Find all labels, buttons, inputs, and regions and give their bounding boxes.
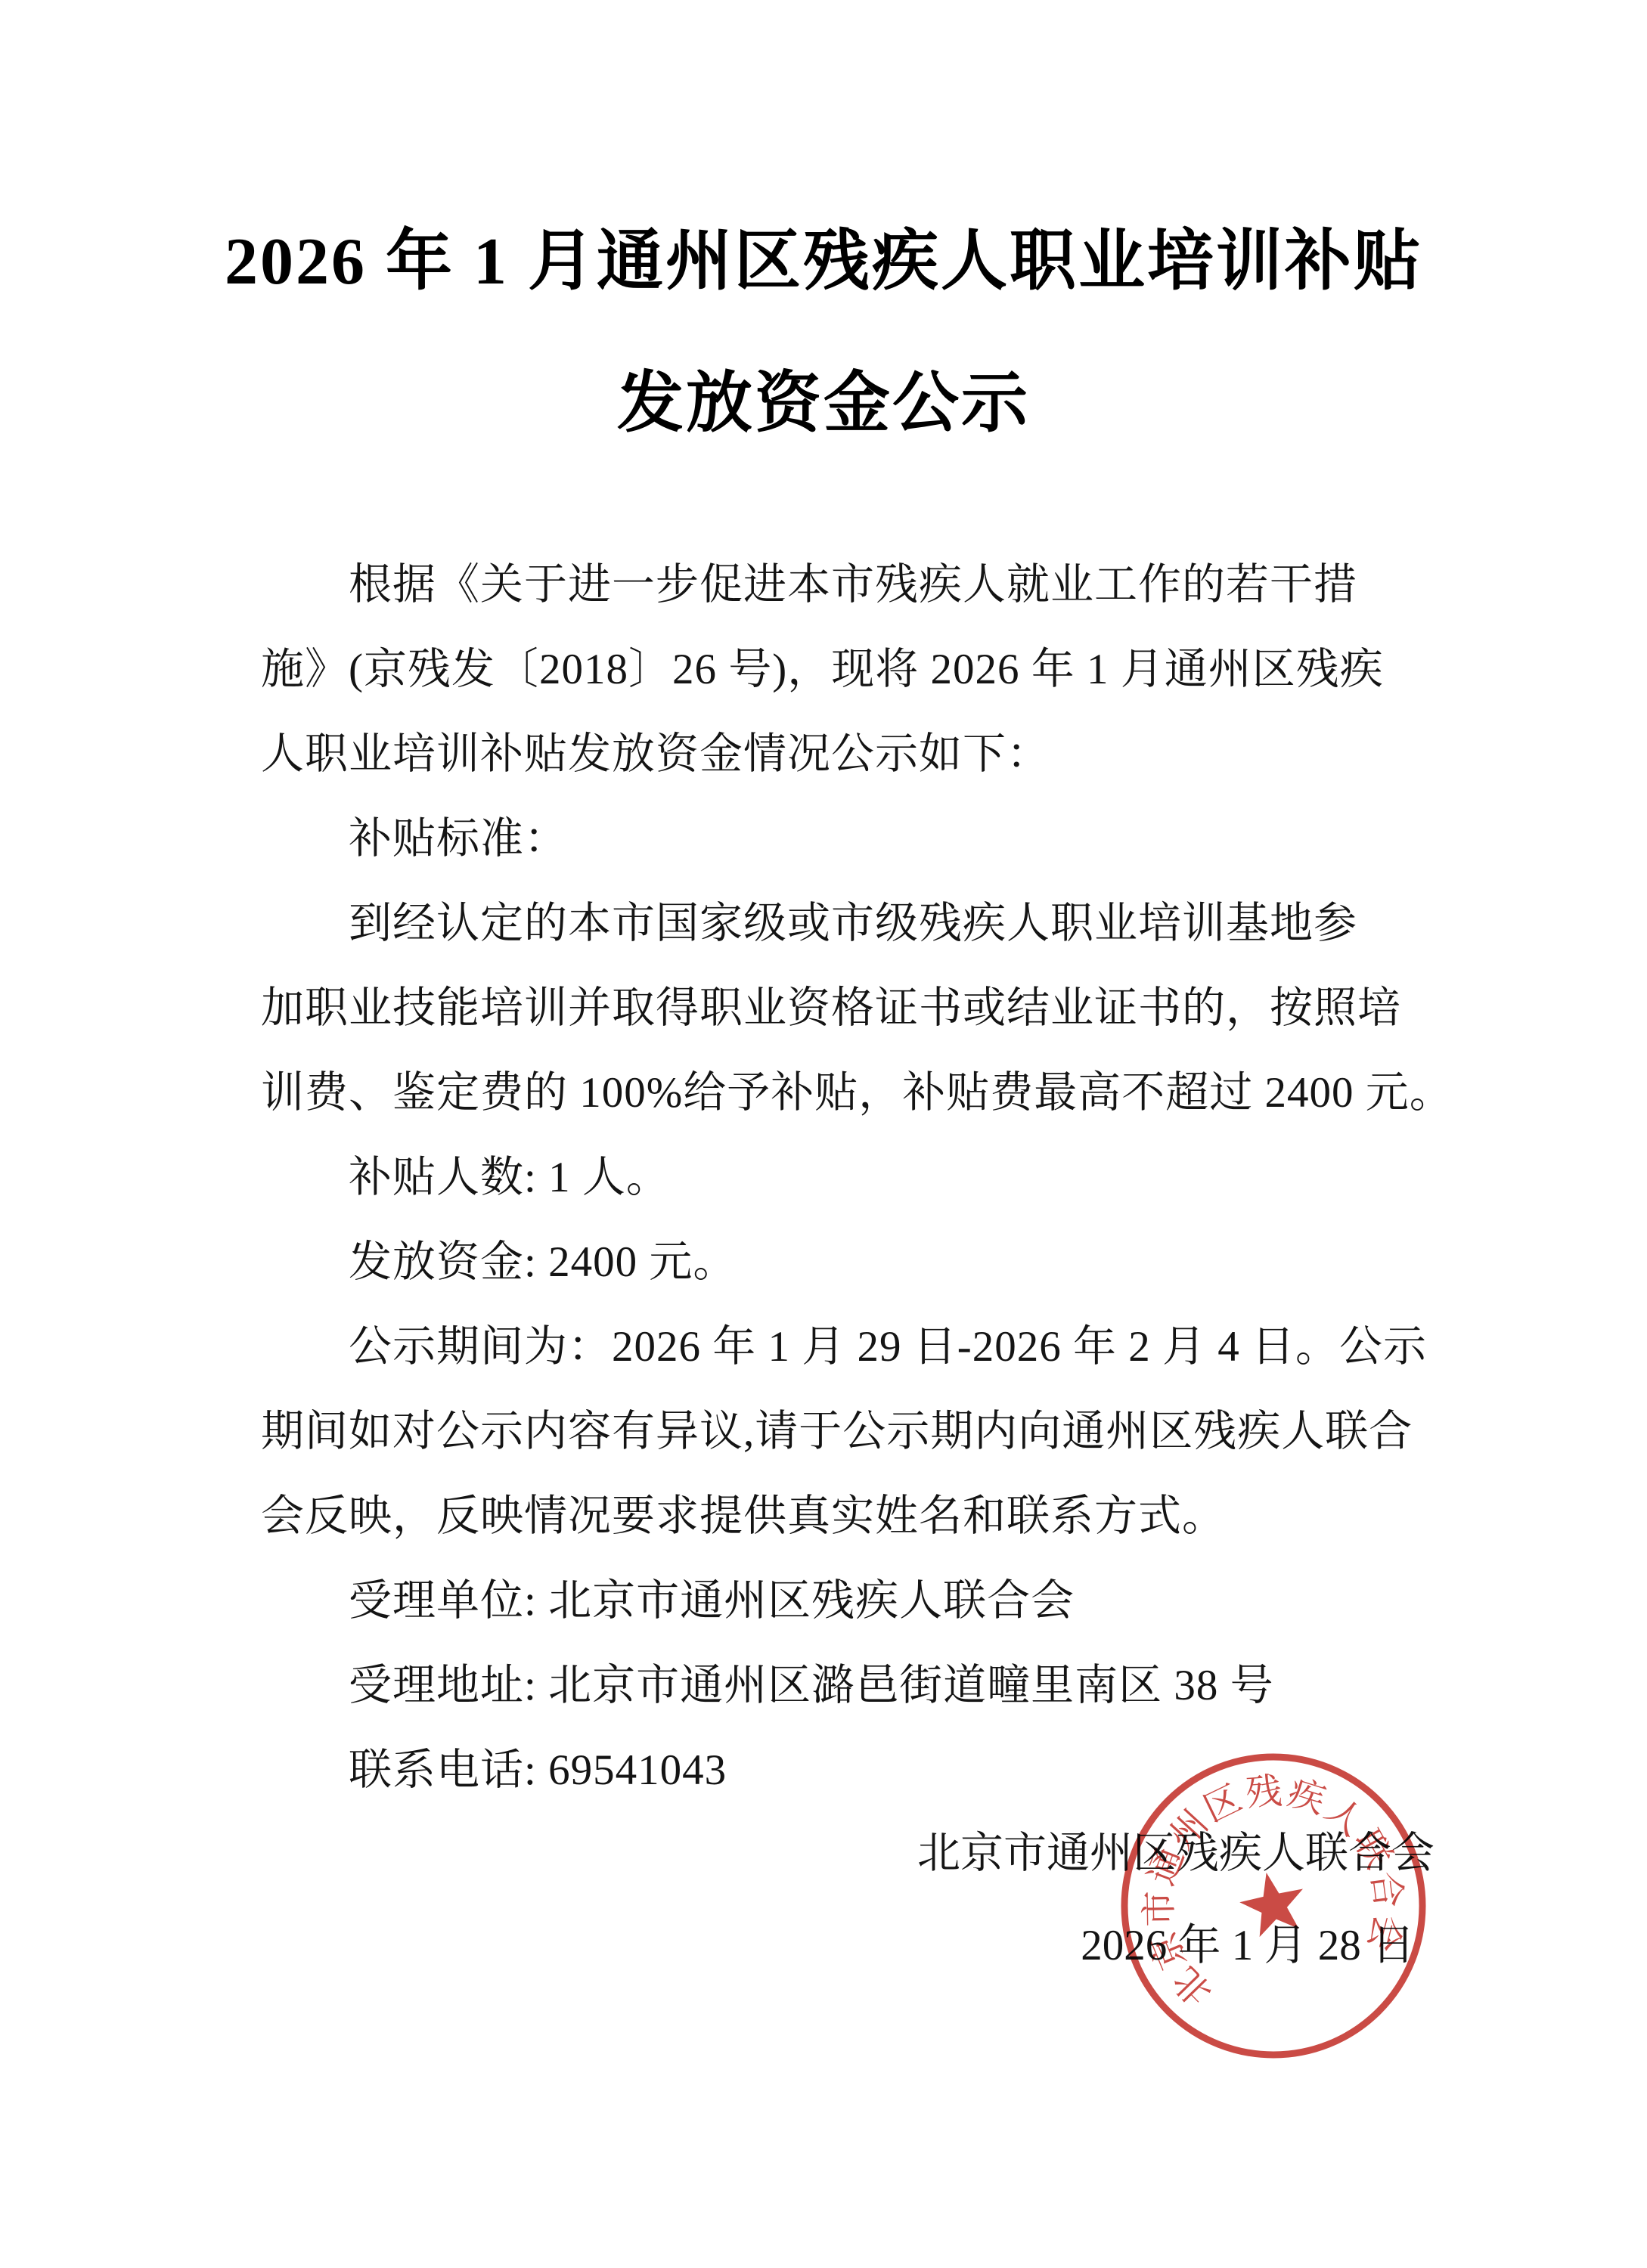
document-body: 根据《关于进一步促进本市残疾人就业工作的若干措 施》(京残发〔2018〕26 号…: [261, 543, 1441, 1813]
seal-star-icon: [1235, 1866, 1311, 1939]
body-line-10: 公示期间为：2026 年 1 月 29 日-2026 年 2 月 4 日。公示: [261, 1305, 1441, 1390]
body-line-12: 会反映，反映情况要求提供真实姓名和联系方式。: [261, 1474, 1441, 1559]
body-line-1: 根据《关于进一步促进本市残疾人就业工作的若干措: [261, 543, 1441, 627]
body-line-8: 补贴人数: 1 人。: [261, 1136, 1441, 1220]
body-line-4: 补贴标准：: [261, 797, 1441, 881]
body-line-7: 训费、鉴定费的 100%给予补贴，补贴费最高不超过 2400 元。: [261, 1051, 1441, 1136]
body-line-5: 到经认定的本市国家级或市级残疾人职业培训基地参: [261, 881, 1441, 966]
body-line-6: 加职业技能培训并取得职业资格证书或结业证书的，按照培: [261, 966, 1441, 1051]
body-line-2: 施》(京残发〔2018〕26 号)，现将 2026 年 1 月通州区残疾: [261, 627, 1441, 712]
notice-document-page: 2026 年 1 月通州区残疾人职业培训补贴 发放资金公示 根据《关于进一步促进…: [0, 0, 1647, 2268]
body-line-3: 人职业培训补贴发放资金情况公示如下：: [261, 712, 1441, 797]
document-title-line-2: 发放资金公示: [0, 371, 1647, 438]
body-line-13: 受理单位: 北京市通州区残疾人联合会: [261, 1559, 1441, 1644]
body-line-9: 发放资金: 2400 元。: [261, 1220, 1441, 1305]
body-line-11: 期间如对公示内容有异议,请于公示期内向通州区残疾人联合: [261, 1390, 1441, 1474]
body-line-14: 受理地址: 北京市通州区潞邑街道疃里南区 38 号: [261, 1644, 1441, 1728]
official-seal: 北京市通州区残疾人联合会: [1115, 1747, 1432, 2065]
document-title-line-1: 2026 年 1 月通州区残疾人职业培训补贴: [0, 229, 1647, 296]
